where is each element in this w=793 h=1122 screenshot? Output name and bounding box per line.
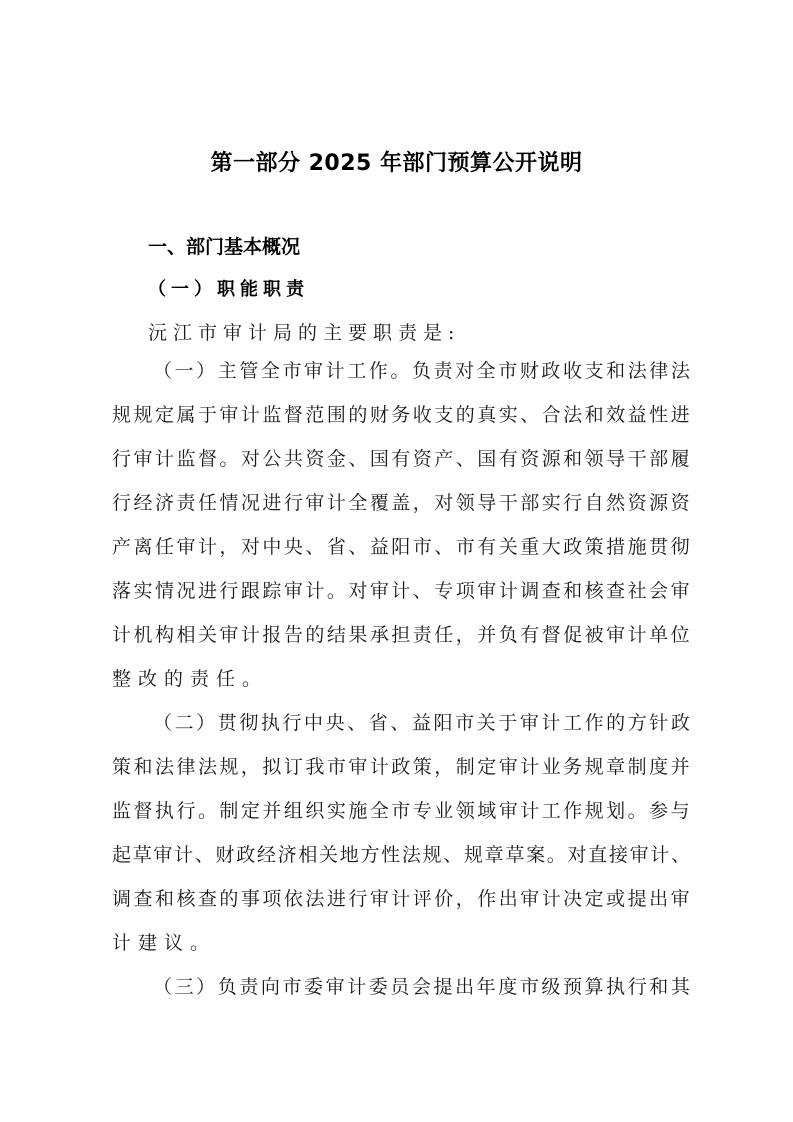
paragraph-1-line-5: 产离任审计，对中央、省、益阳市、市有关重大政策措施贯彻 <box>112 532 690 562</box>
paragraph-1-line-4: 行经济责任情况进行审计全覆盖，对领导干部实行自然资源资 <box>112 488 690 518</box>
paragraph-2-line-5: 调查和核查的事项依法进行审计评价，作出审计决定或提出审 <box>112 884 690 914</box>
paragraph-2-line-3: 监督执行。制定并组织实施全市专业领域审计工作规划。参与 <box>112 796 690 826</box>
paragraph-1-line-3: 行审计监督。对公共资金、国有资产、国有资源和领导干部履 <box>112 444 690 474</box>
paragraph-1-line-7: 计机构相关审计报告的结果承担责任，并负有督促被审计单位 <box>112 620 690 650</box>
paragraph-2-line-6: 计建议。 <box>112 928 690 958</box>
subsection-heading: （一）职能职责 <box>148 275 309 301</box>
paragraph-2-line-1: （二）贯彻执行中央、省、益阳市关于审计工作的方针政 <box>153 708 690 738</box>
paragraph-1-line-2: 规规定属于审计监督范围的财务收支的真实、合法和效益性进 <box>112 400 690 430</box>
document-page: 第一部分 2025 年部门预算公开说明 一、部门基本概况 （一）职能职责 沅江市… <box>0 0 793 1122</box>
paragraph-2-line-2: 策和法律法规，拟订我市审计政策，制定审计业务规章制度并 <box>112 752 690 782</box>
section-heading: 一、部门基本概况 <box>148 232 300 259</box>
paragraph-3-line-1: （三）负责向市委审计委员会提出年度市级预算执行和其 <box>153 972 690 1002</box>
paragraph-1-line-1: （一）主管全市审计工作。负责对全市财政收支和法律法 <box>153 356 690 386</box>
paragraph-1-line-8: 整改的责任。 <box>112 664 690 694</box>
paragraph-1-line-6: 落实情况进行跟踪审计。对审计、专项审计调查和核查社会审 <box>112 576 690 606</box>
paragraph-2-line-4: 起草审计、财政经济相关地方性法规、规章草案。对直接审计、 <box>112 840 690 870</box>
intro-line: 沅江市审计局的主要职责是: <box>148 318 460 348</box>
page-title: 第一部分 2025 年部门预算公开说明 <box>0 146 793 177</box>
